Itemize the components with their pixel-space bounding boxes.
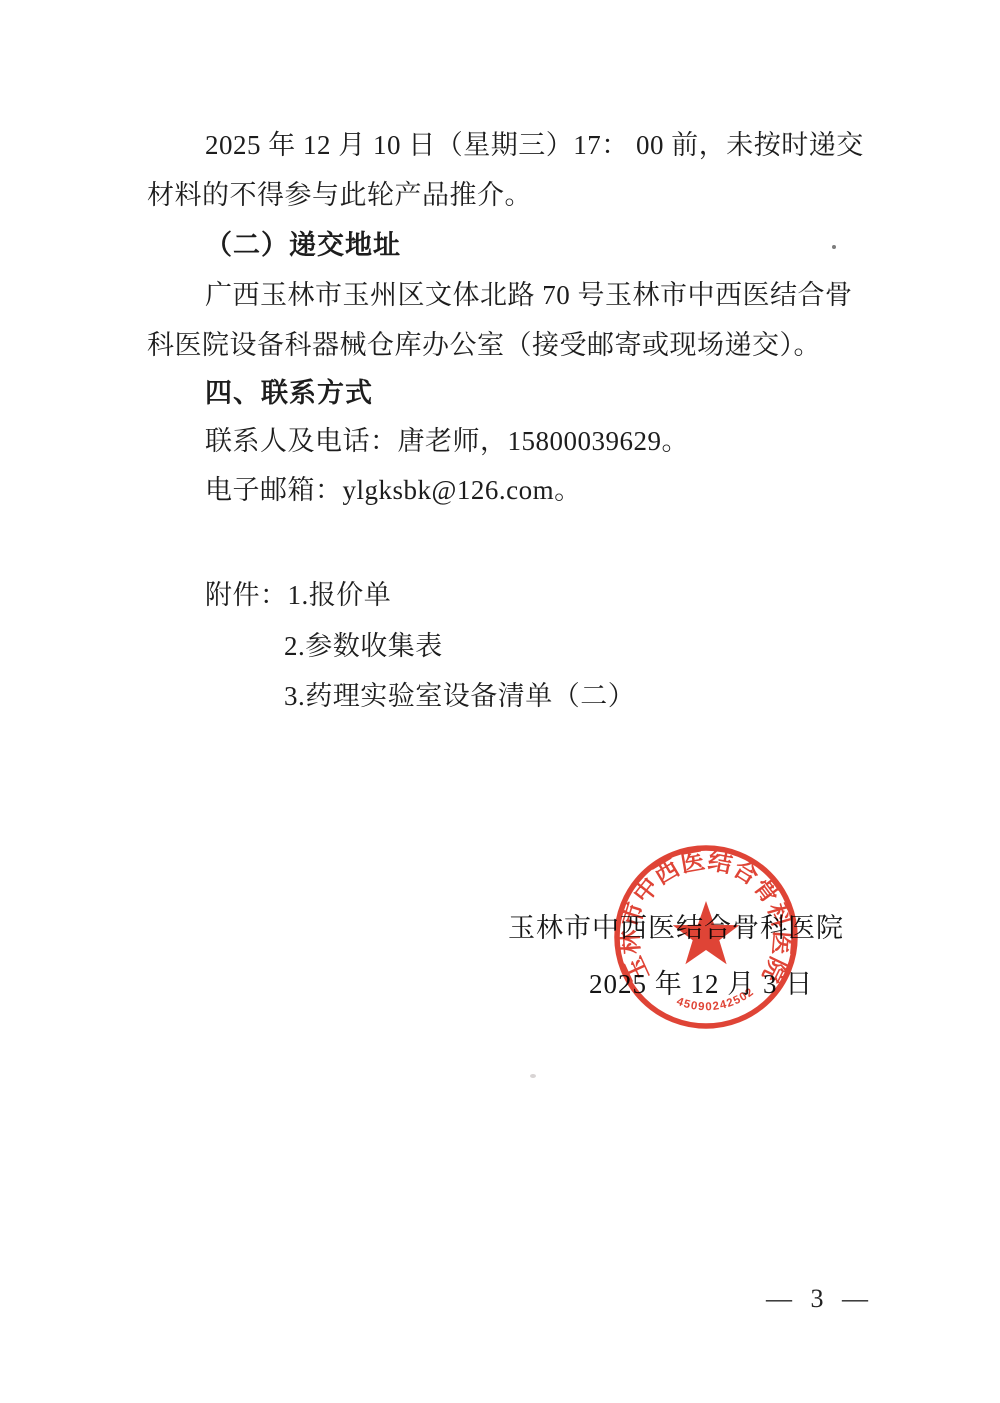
scan-speck <box>530 1074 536 1078</box>
document-page: 2025 年 12 月 10 日（星期三）17： 00 前，未按时递交 材料的不… <box>0 0 1000 1403</box>
body-contact-phone: 联系人及电话：唐老师，15800039629。 <box>205 424 689 459</box>
official-seal-stamp: 玉林市中西医结合骨科医院 4509024250226 <box>610 841 802 1033</box>
body-deadline-line2: 材料的不得参与此轮产品推介。 <box>147 178 532 213</box>
heading-contact: 四、联系方式 <box>205 376 373 411</box>
attachment-item-2: 2.参数收集表 <box>284 629 443 664</box>
page-number: — 3 — <box>766 1284 870 1314</box>
attachments-line1: 附件：1.报价单 <box>205 578 391 613</box>
scan-speck <box>832 245 836 249</box>
body-address-line1: 广西玉林市玉州区文体北路 70 号玉林市中西医结合骨 <box>205 278 853 313</box>
body-contact-email: 电子邮箱：ylgksbk@126.com。 <box>205 473 582 508</box>
body-address-line2: 科医院设备科器械仓库办公室（接受邮寄或现场递交）。 <box>147 328 821 363</box>
body-deadline-line1: 2025 年 12 月 10 日（星期三）17： 00 前，未按时递交 <box>205 128 864 163</box>
heading-submit-address: （二）递交地址 <box>205 228 401 263</box>
seal-star-icon <box>673 901 740 964</box>
attachment-item-3: 3.药理实验室设备清单（二） <box>284 679 635 714</box>
